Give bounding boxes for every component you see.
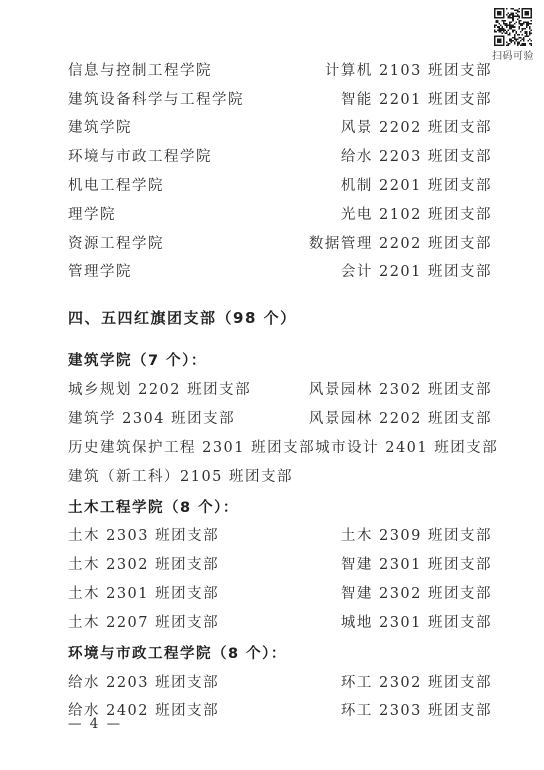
branch-right: 智建 2301 班团支部 (341, 553, 492, 574)
college-branch-row: 机电工程学院 机制 2201 班团支部 (68, 170, 492, 199)
college-name: 建筑学院 (68, 116, 132, 137)
page-content: 信息与控制工程学院 计算机 2103 班团支部 建筑设备科学与工程学院 智能 2… (68, 55, 492, 724)
group-title: 土木工程学院（8 个）： (68, 492, 492, 521)
branch-right: 风景园林 2202 班团支部 (309, 407, 492, 428)
branch-left: 建筑（新工科）2105 班团支部 (68, 465, 293, 486)
branch-left: 建筑学 2304 班团支部 (68, 407, 235, 428)
college-name: 管理学院 (68, 260, 132, 281)
branch-pair-row: 土木 2207 班团支部 城地 2301 班团支部 (68, 607, 492, 636)
document-page: 扫码可验 信息与控制工程学院 计算机 2103 班团支部 建筑设备科学与工程学院… (0, 0, 544, 770)
branch-pair-row: 建筑（新工科）2105 班团支部 (68, 461, 492, 490)
branch-name: 光电 2102 班团支部 (341, 203, 492, 224)
group-title: 建筑学院（7 个）： (68, 345, 492, 374)
college-name: 信息与控制工程学院 (68, 59, 212, 80)
branch-pair-row: 历史建筑保护工程 2301 班团支部 城市设计 2401 班团支部 (68, 432, 492, 461)
qr-code-icon (494, 8, 532, 46)
section-heading: 四、五四红旗团支部（98 个） (68, 303, 492, 332)
branch-right: 城地 2301 班团支部 (341, 611, 492, 632)
branch-left: 土木 2303 班团支部 (68, 524, 219, 545)
branch-pair-row: 土木 2301 班团支部 智建 2302 班团支部 (68, 578, 492, 607)
branch-name: 机制 2201 班团支部 (341, 174, 492, 195)
branch-left: 历史建筑保护工程 2301 班团支部 (68, 436, 315, 457)
branch-right: 智建 2302 班团支部 (341, 582, 492, 603)
college-branch-row: 资源工程学院 数据管理 2202 班团支部 (68, 228, 492, 257)
college-name: 建筑设备科学与工程学院 (68, 88, 244, 109)
branch-right: 城市设计 2401 班团支部 (315, 436, 498, 457)
college-branch-row: 环境与市政工程学院 给水 2203 班团支部 (68, 141, 492, 170)
branch-left: 土木 2302 班团支部 (68, 553, 219, 574)
branch-name: 给水 2203 班团支部 (341, 145, 492, 166)
college-name: 理学院 (68, 203, 116, 224)
branch-pair-row: 给水 2402 班团支部 环工 2303 班团支部 (68, 696, 492, 725)
branch-name: 风景 2202 班团支部 (341, 116, 492, 137)
branch-left: 土木 2301 班团支部 (68, 582, 219, 603)
group-architecture: 建筑学院（7 个）： 城乡规划 2202 班团支部 风景园林 2302 班团支部… (68, 345, 492, 489)
college-branch-row: 建筑学院 风景 2202 班团支部 (68, 113, 492, 142)
branch-pair-row: 建筑学 2304 班团支部 风景园林 2202 班团支部 (68, 403, 492, 432)
branch-name: 智能 2201 班团支部 (341, 88, 492, 109)
branch-right: 环工 2302 班团支部 (341, 671, 492, 692)
branch-name: 数据管理 2202 班团支部 (309, 232, 492, 253)
group-title: 环境与市政工程学院（8 个）： (68, 638, 492, 667)
college-branch-row: 理学院 光电 2102 班团支部 (68, 199, 492, 228)
branch-name: 计算机 2103 班团支部 (325, 59, 492, 80)
branch-pair-row: 土木 2302 班团支部 智建 2301 班团支部 (68, 549, 492, 578)
branch-right: 环工 2303 班团支部 (341, 699, 492, 720)
branch-left: 城乡规划 2202 班团支部 (68, 378, 251, 399)
page-number: — 4 — (68, 716, 122, 732)
college-branch-row: 管理学院 会计 2201 班团支部 (68, 257, 492, 286)
college-branch-row: 信息与控制工程学院 计算机 2103 班团支部 (68, 55, 492, 84)
branch-pair-row: 城乡规划 2202 班团支部 风景园林 2302 班团支部 (68, 374, 492, 403)
qr-caption: 扫码可验 (492, 47, 534, 62)
college-name: 资源工程学院 (68, 232, 164, 253)
branch-right: 风景园林 2302 班团支部 (309, 378, 492, 399)
branch-right: 土木 2309 班团支部 (341, 524, 492, 545)
group-environmental-engineering: 环境与市政工程学院（8 个）： 给水 2203 班团支部 环工 2302 班团支… (68, 638, 492, 725)
branch-pair-row: 土木 2303 班团支部 土木 2309 班团支部 (68, 521, 492, 550)
college-name: 环境与市政工程学院 (68, 145, 212, 166)
verification-qr-block: 扫码可验 (492, 8, 534, 62)
group-civil-engineering: 土木工程学院（8 个）： 土木 2303 班团支部 土木 2309 班团支部 土… (68, 492, 492, 636)
college-name: 机电工程学院 (68, 174, 164, 195)
branch-left: 给水 2203 班团支部 (68, 671, 219, 692)
branch-left: 土木 2207 班团支部 (68, 611, 219, 632)
college-branch-row: 建筑设备科学与工程学院 智能 2201 班团支部 (68, 84, 492, 113)
branch-name: 会计 2201 班团支部 (341, 260, 492, 281)
branch-pair-row: 给水 2203 班团支部 环工 2302 班团支部 (68, 667, 492, 696)
college-branch-list: 信息与控制工程学院 计算机 2103 班团支部 建筑设备科学与工程学院 智能 2… (68, 55, 492, 285)
